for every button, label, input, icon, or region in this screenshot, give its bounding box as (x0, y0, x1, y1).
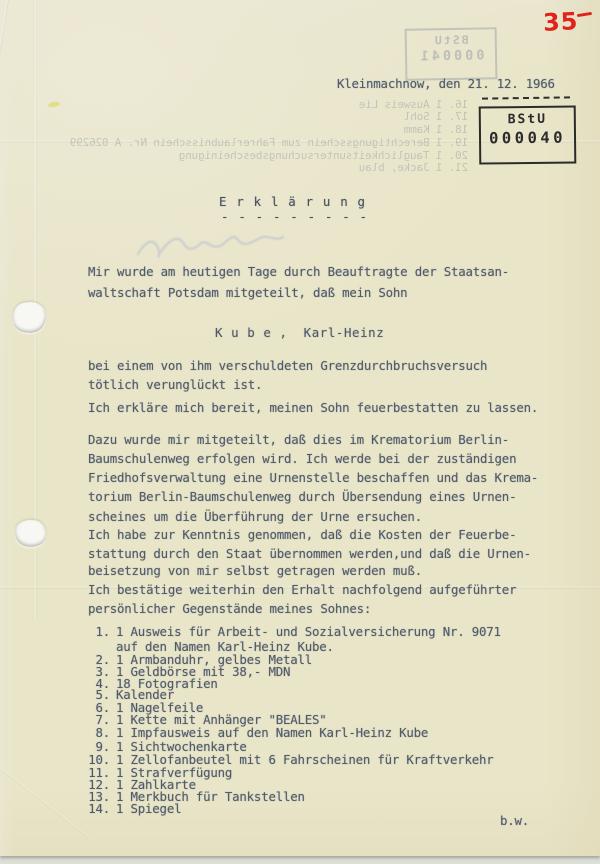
body-line: Dazu wurde mir mitgeteilt, daß dies im K… (88, 433, 509, 446)
paper-crease-diagonal (0, 763, 90, 838)
bleedthrough-line: 18. 1 Kamm (404, 124, 468, 135)
stamp-border-artifact (482, 96, 570, 99)
bleedthrough-line: 20. 1 Tauglichkeitsuntersuchungsbeschein… (179, 150, 468, 161)
list-item-number: 1. (78, 625, 110, 638)
bleedthrough-stamp: BStU 000041 (405, 27, 498, 81)
document-page: BStU 000041 16. 1 Ausweis Lie 17. 1 Sohl… (0, 0, 600, 856)
paper-stain (48, 101, 61, 108)
bleedthrough-line: 21. 1 Jacke, blau (359, 162, 468, 173)
bleedthrough-line: 19. 1 Berechtigungsschein zum Fahrerlaub… (70, 137, 468, 148)
body-line: Baumschulenweg erfolgen wird. Ich werde … (88, 452, 516, 465)
punch-hole (11, 300, 48, 335)
body-line: waltschaft Potsdam mitgeteilt, daß mein … (88, 286, 407, 299)
body-line: Ich bestätige weiterhin den Erhalt nachf… (88, 583, 516, 596)
bleedthrough-signature-icon (128, 220, 293, 270)
body-line: stattung durch den Staat übernommen werd… (88, 547, 531, 560)
body-line: torium Berlin-Baumschulenweg durch Übers… (88, 490, 516, 503)
body-line: Friedhofsverwaltung eine Urnenstelle bes… (88, 471, 538, 484)
bleedthrough-line: 17. 1 Sohl (404, 111, 468, 122)
list-item-text: 1 Ausweis für Arbeit- und Sozialversiche… (116, 625, 501, 638)
punch-hole (14, 518, 48, 548)
list-item-number: 14. (78, 802, 110, 815)
document-title: E r k l ä r u n g (219, 195, 366, 208)
bleedthrough-stamp-number: 000041 (407, 47, 495, 65)
bleedthrough-stamp-org: BStU (407, 32, 495, 48)
archive-page-number-dash (577, 12, 592, 18)
archive-page-number: 35 (542, 7, 579, 37)
body-line: Mir wurde am heutigen Tage durch Beauftr… (88, 265, 509, 278)
list-item-number: 8. (78, 726, 110, 739)
body-line: Ich habe zur Kenntnis genommen, daß die … (88, 528, 516, 541)
bstu-stamp-org: BStU (481, 112, 574, 128)
son-name-line: K u b e , Karl-Heinz (215, 326, 384, 339)
body-line: scheines um die Überführung der Urne ers… (88, 510, 422, 523)
body-line: Ich erkläre mich bereit, meinen Sohn feu… (88, 401, 538, 414)
dateline: Kleinmachnow, den 21. 12. 1966 (337, 77, 555, 90)
bleedthrough-line: 16. 1 Ausweis Lie (359, 99, 468, 110)
body-line: bei einem von ihm verschuldeten Grenzdur… (88, 359, 487, 372)
body-line: beisetzung von mir selbst getragen werde… (88, 564, 422, 577)
body-line: tötlich verunglückt ist. (88, 378, 262, 391)
list-item-text: 1 Impfausweis auf den Namen Karl-Heinz K… (116, 726, 428, 739)
bstu-stamp: BStU 000040 (479, 105, 577, 164)
bstu-stamp-number: 000040 (481, 129, 574, 148)
body-line: persönlicher Gegenstände meines Sohnes: (88, 602, 371, 615)
list-item-text: 1 Spiegel (116, 802, 181, 815)
document-title-underline: - - - - - - - - - (221, 210, 368, 223)
turn-over-note: b.w. (500, 814, 529, 827)
